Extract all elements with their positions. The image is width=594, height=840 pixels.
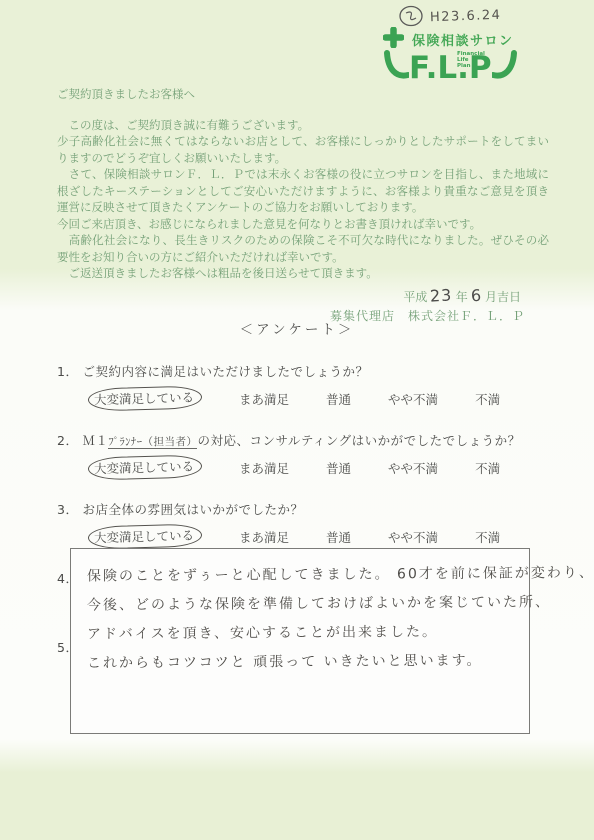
option-label: 大変満足している [94,459,194,477]
letter-paragraph: 今回ご来店頂き、お感じになられました意見を何なりとお書き頂ければ幸いです。 [57,216,549,233]
handwritten-comment-line: これからもコツコツと 頑張って いきたいと思います。 [87,647,513,679]
tagline-line: Plan [457,63,485,69]
question-text: の対応、コンサルティングはいかがでしたでしょうか？ [197,433,520,448]
option-label: 大変満足している [94,528,194,546]
free-comment-box: 保険のことをずぅーと心配してきました。 60才を前に保証が変わり、 今後、どのよ… [70,548,530,734]
option-label: やや不満 [388,528,438,546]
date-year-unit: 年 [456,290,468,304]
question-number: 2． [57,433,78,448]
question-text-prefix: Ｍ１ [82,433,108,448]
date-era: 平成 [403,290,427,304]
logo-right-swoosh-icon [492,50,518,86]
date-month-unit: 月吉日 [485,290,521,304]
letter-date-line: 平成23年6月吉日 [57,288,549,306]
option-label: 不満 [475,459,500,477]
question-number: 3． [57,502,78,517]
survey-question-1: 1．ご契約内容に満足はいただけましたでしょうか？ 大変満足している まあ満足 普… [57,362,594,410]
option-label: 普通 [326,528,351,546]
question-number: 1． [57,364,78,379]
selected-option-circle: 大変満足している [88,386,203,412]
letter-paragraph: 高齢化社会になり、長生きリスクのための保険こそ不可欠な時代になりました。ぜひその… [57,232,549,265]
option-label: 不満 [475,528,500,546]
tagline-text: Financial Life Plan [457,51,485,69]
selected-option-circle: 大変満足している [88,524,203,550]
handwritten-comment-line: 保険のことをずぅーと心配してきました。 60才を前に保証が変わり、 [87,560,513,592]
option-label: まあ満足 [239,459,289,477]
question-text: ご契約内容に満足はいただけましたでしょうか？ [82,364,368,379]
survey-question-3: 3．お店全体の雰囲気はいかがでしたか？ 大変満足している まあ満足 普通 やや不… [57,500,594,548]
letter-paragraph: この度は、ご契約頂き誠に有難うございます。 [57,117,549,134]
handwritten-comment-line: 今後、どのような保険を準備しておけばよいかを案じていた所、 [87,589,513,621]
selected-option-circle: 大変満足している [88,455,203,481]
option-label: 普通 [326,390,351,408]
option-label: まあ満足 [239,528,289,546]
letter-paragraph: 少子高齢化社会に無くてはならないお店として、お客様にしっかりとしたサポートをして… [57,133,549,166]
option-label: 不満 [475,390,500,408]
handwritten-comment-line: アドバイスを頂き、安心することが出来ました。 [87,618,513,650]
option-label: やや不満 [388,459,438,477]
letter-salutation: ご契約頂きましたお客様へ [57,86,549,103]
logo-left-swoosh-icon [383,50,409,86]
option-label: やや不満 [388,390,438,408]
question-text-underlined: ﾌﾟﾗﾝﾅｰ（担当者） [108,436,197,449]
option-label: 普通 [326,459,351,477]
survey-heading: ＜アンケート＞ [0,318,594,338]
green-cross-icon [383,27,404,52]
received-date-handwritten: H23.6.24 [430,8,502,25]
greeting-letter: ご契約頂きましたお客様へ この度は、ご契約頂き誠に有難うございます。 少子高齢化… [57,86,549,325]
flp-logo: 保険相談サロン F.L.P Financial Life Plan [383,27,553,86]
option-label: まあ満足 [239,390,289,408]
salon-name-text: 保険相談サロン [412,30,514,49]
letter-paragraph: ご返送頂きましたお客様へは粗品を後日送らせて頂きます。 [57,265,549,282]
date-month-handwritten: 6 [467,287,485,304]
scanned-survey-document: H23.6.24 保険相談サロン F.L.P [0,0,594,840]
letter-paragraph: さて、保険相談サロンＦ．Ｌ．Ｐでは末永くお客様の役に立つサロンを目指し、また地域… [57,166,549,216]
option-label: 大変満足している [94,390,194,408]
date-year-handwritten: 23 [427,287,456,305]
question-text: お店全体の雰囲気はいかがでしたか？ [82,502,303,517]
survey-question-2: 2．Ｍ１ﾌﾟﾗﾝﾅｰ（担当者）の対応、コンサルティングはいかがでしたでしょうか？… [57,431,594,479]
